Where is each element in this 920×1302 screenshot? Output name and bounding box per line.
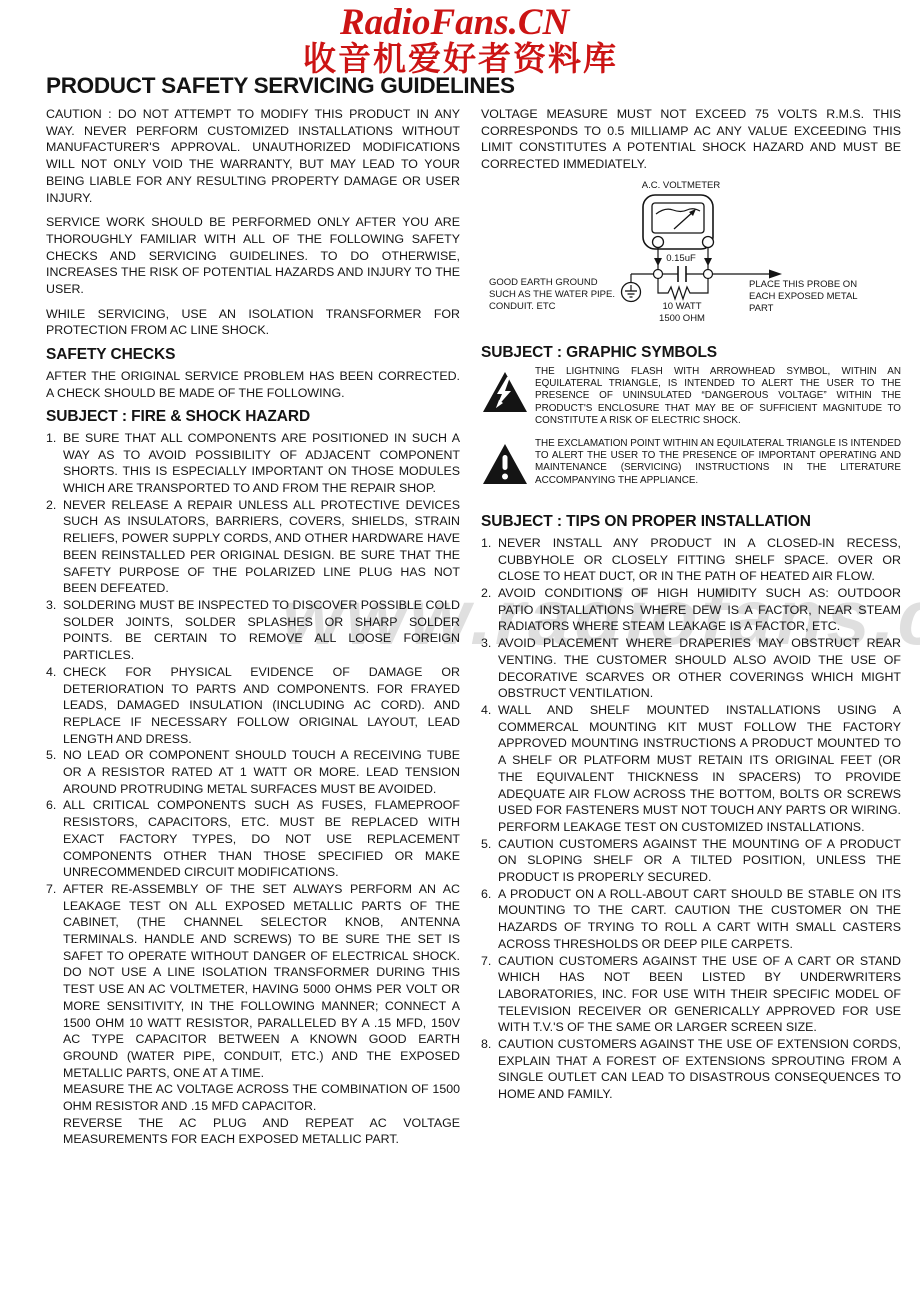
graphic-symbols-heading: SUBJECT : GRAPHIC SYMBOLS <box>481 345 901 362</box>
item-text-extra: REVERSE THE AC PLUG AND REPEAT AC VOLTAG… <box>63 1115 460 1148</box>
resistor-wattage: 10 WATT <box>614 301 750 313</box>
item-number: 3. <box>481 635 498 702</box>
fire-shock-list: 1. BE SURE THAT ALL COMPONENTS ARE POSIT… <box>46 430 460 1148</box>
item-text: ALL CRITICAL COMPONENTS SUCH AS FUSES, F… <box>63 797 460 881</box>
graphic-symbol-row: THE EXCLAMATION POINT WITHIN AN EQUILATE… <box>481 438 901 491</box>
item-text: SOLDERING MUST BE INSPECTED TO DISCOVER … <box>63 597 460 664</box>
service-work-paragraph: SERVICE WORK SHOULD BE PERFORMED ONLY AF… <box>46 214 460 298</box>
document-page: www.radiofans.cn RadioFans.CN 收音机爱好者资料库 … <box>0 0 920 1302</box>
list-item: 2. AVOID CONDITIONS OF HIGH HUMIDITY SUC… <box>481 585 901 635</box>
item-text: AVOID CONDITIONS OF HIGH HUMIDITY SUCH A… <box>498 585 901 635</box>
lightning-symbol-text: THE LIGHTNING FLASH WITH ARROWHEAD SYMBO… <box>535 366 901 428</box>
resistor-label: 10 WATT 1500 OHM <box>614 301 750 326</box>
graphic-symbol-row: THE LIGHTNING FLASH WITH ARROWHEAD SYMBO… <box>481 366 901 428</box>
watermark-radiofans: RadioFans.CN <box>340 4 660 41</box>
item-number: 5. <box>46 747 63 797</box>
item-number: 6. <box>46 797 63 881</box>
list-item: 5. CAUTION CUSTOMERS AGAINST THE MOUNTIN… <box>481 836 901 886</box>
item-text: AFTER RE-ASSEMBLY OF THE SET ALWAYS PERF… <box>63 881 460 1148</box>
left-column: CAUTION : DO NOT ATTEMPT TO MODIFY THIS … <box>46 106 460 1148</box>
item-text: CAUTION CUSTOMERS AGAINST THE USE OF EXT… <box>498 1036 901 1103</box>
item-text: NEVER RELEASE A REPAIR UNLESS ALL PROTEC… <box>63 497 460 597</box>
safety-checks-heading: SAFETY CHECKS <box>46 347 460 364</box>
voltmeter-icon <box>643 195 714 249</box>
item-text: NEVER INSTALL ANY PRODUCT IN A CLOSED-IN… <box>498 535 901 585</box>
ground-symbol <box>622 274 654 302</box>
right-column: VOLTAGE MEASURE MUST NOT EXCEED 75 VOLTS… <box>481 106 901 1103</box>
item-text: NO LEAD OR COMPONENT SHOULD TOUCH A RECE… <box>63 747 460 797</box>
watermark-chinese: 收音机爱好者资料库 <box>303 42 703 75</box>
item-number: 8. <box>481 1036 498 1103</box>
probe-arrow <box>713 269 783 278</box>
voltmeter-label: A.C. VOLTMETER <box>611 180 751 192</box>
voltage-limit-paragraph: VOLTAGE MEASURE MUST NOT EXCEED 75 VOLTS… <box>481 106 901 173</box>
list-item: 1. BE SURE THAT ALL COMPONENTS ARE POSIT… <box>46 430 460 497</box>
list-item: 2. NEVER RELEASE A REPAIR UNLESS ALL PRO… <box>46 497 460 597</box>
fire-shock-heading: SUBJECT : FIRE & SHOCK HAZARD <box>46 409 460 426</box>
capacitor-label: 0.15uF <box>639 253 723 265</box>
list-item: 3. SOLDERING MUST BE INSPECTED TO DISCOV… <box>46 597 460 664</box>
item-number: 2. <box>481 585 498 635</box>
list-item: 4. CHECK FOR PHYSICAL EVIDENCE OF DAMAGE… <box>46 664 460 748</box>
resistor-symbol <box>658 278 708 299</box>
item-number: 1. <box>46 430 63 497</box>
item-text: CAUTION CUSTOMERS AGAINST THE USE OF A C… <box>498 953 901 1037</box>
item-text: BE SURE THAT ALL COMPONENTS ARE POSITION… <box>63 430 460 497</box>
item-number: 5. <box>481 836 498 886</box>
item-number: 3. <box>46 597 63 664</box>
caution-paragraph: CAUTION : DO NOT ATTEMPT TO MODIFY THIS … <box>46 106 460 206</box>
installation-heading: SUBJECT : TIPS ON PROPER INSTALLATION <box>481 514 901 531</box>
item-number: 1. <box>481 535 498 585</box>
item-number: 7. <box>46 881 63 1148</box>
list-item: 7. AFTER RE-ASSEMBLY OF THE SET ALWAYS P… <box>46 881 460 1148</box>
capacitor-symbol <box>663 266 704 282</box>
item-text: AVOID PLACEMENT WHERE DRAPERIES MAY OBST… <box>498 635 901 702</box>
safety-checks-body: AFTER THE ORIGINAL SERVICE PROBLEM HAS B… <box>46 368 460 401</box>
item-number: 4. <box>46 664 63 748</box>
probe-caption: PLACE THIS PROBE ON EACH EXPOSED METAL P… <box>749 279 869 316</box>
earth-ground-caption: GOOD EARTH GROUND SUCH AS THE WATER PIPE… <box>489 277 619 314</box>
exclamation-symbol-text: THE EXCLAMATION POINT WITHIN AN EQUILATE… <box>535 438 901 491</box>
item-number: 7. <box>481 953 498 1037</box>
lightning-triangle-icon <box>481 366 535 428</box>
item-text: CAUTION CUSTOMERS AGAINST THE MOUNTING O… <box>498 836 901 886</box>
item-text: WALL AND SHELF MOUNTED INSTALLATIONS USI… <box>498 702 901 836</box>
item-number: 6. <box>481 886 498 953</box>
item-text-extra: MEASURE THE AC VOLTAGE ACROSS THE COMBIN… <box>63 1081 460 1114</box>
page-title: PRODUCT SAFETY SERVICING GUIDELINES <box>46 73 515 99</box>
isolation-transformer-paragraph: WHILE SERVICING, USE AN ISOLATION TRANSF… <box>46 306 460 339</box>
installation-list: 1. NEVER INSTALL ANY PRODUCT IN A CLOSED… <box>481 535 901 1103</box>
list-item: 6. A PRODUCT ON A ROLL-ABOUT CART SHOULD… <box>481 886 901 953</box>
list-item: 1. NEVER INSTALL ANY PRODUCT IN A CLOSED… <box>481 535 901 585</box>
exclamation-triangle-icon <box>481 438 535 491</box>
list-item: 7. CAUTION CUSTOMERS AGAINST THE USE OF … <box>481 953 901 1037</box>
list-item: 8. CAUTION CUSTOMERS AGAINST THE USE OF … <box>481 1036 901 1103</box>
item-text: A PRODUCT ON A ROLL-ABOUT CART SHOULD BE… <box>498 886 901 953</box>
list-item: 4. WALL AND SHELF MOUNTED INSTALLATIONS … <box>481 702 901 836</box>
item-number: 2. <box>46 497 63 597</box>
item-text-main: AFTER RE-ASSEMBLY OF THE SET ALWAYS PERF… <box>63 881 460 1081</box>
item-number: 4. <box>481 702 498 836</box>
item-text: CHECK FOR PHYSICAL EVIDENCE OF DAMAGE OR… <box>63 664 460 748</box>
list-item: 3. AVOID PLACEMENT WHERE DRAPERIES MAY O… <box>481 635 901 702</box>
list-item: 6. ALL CRITICAL COMPONENTS SUCH AS FUSES… <box>46 797 460 881</box>
list-item: 5. NO LEAD OR COMPONENT SHOULD TOUCH A R… <box>46 747 460 797</box>
ac-leakage-test-diagram: A.C. VOLTMETER 0.15uF 10 WATT 1500 OHM G… <box>481 181 901 339</box>
resistor-ohms: 1500 OHM <box>614 313 750 325</box>
